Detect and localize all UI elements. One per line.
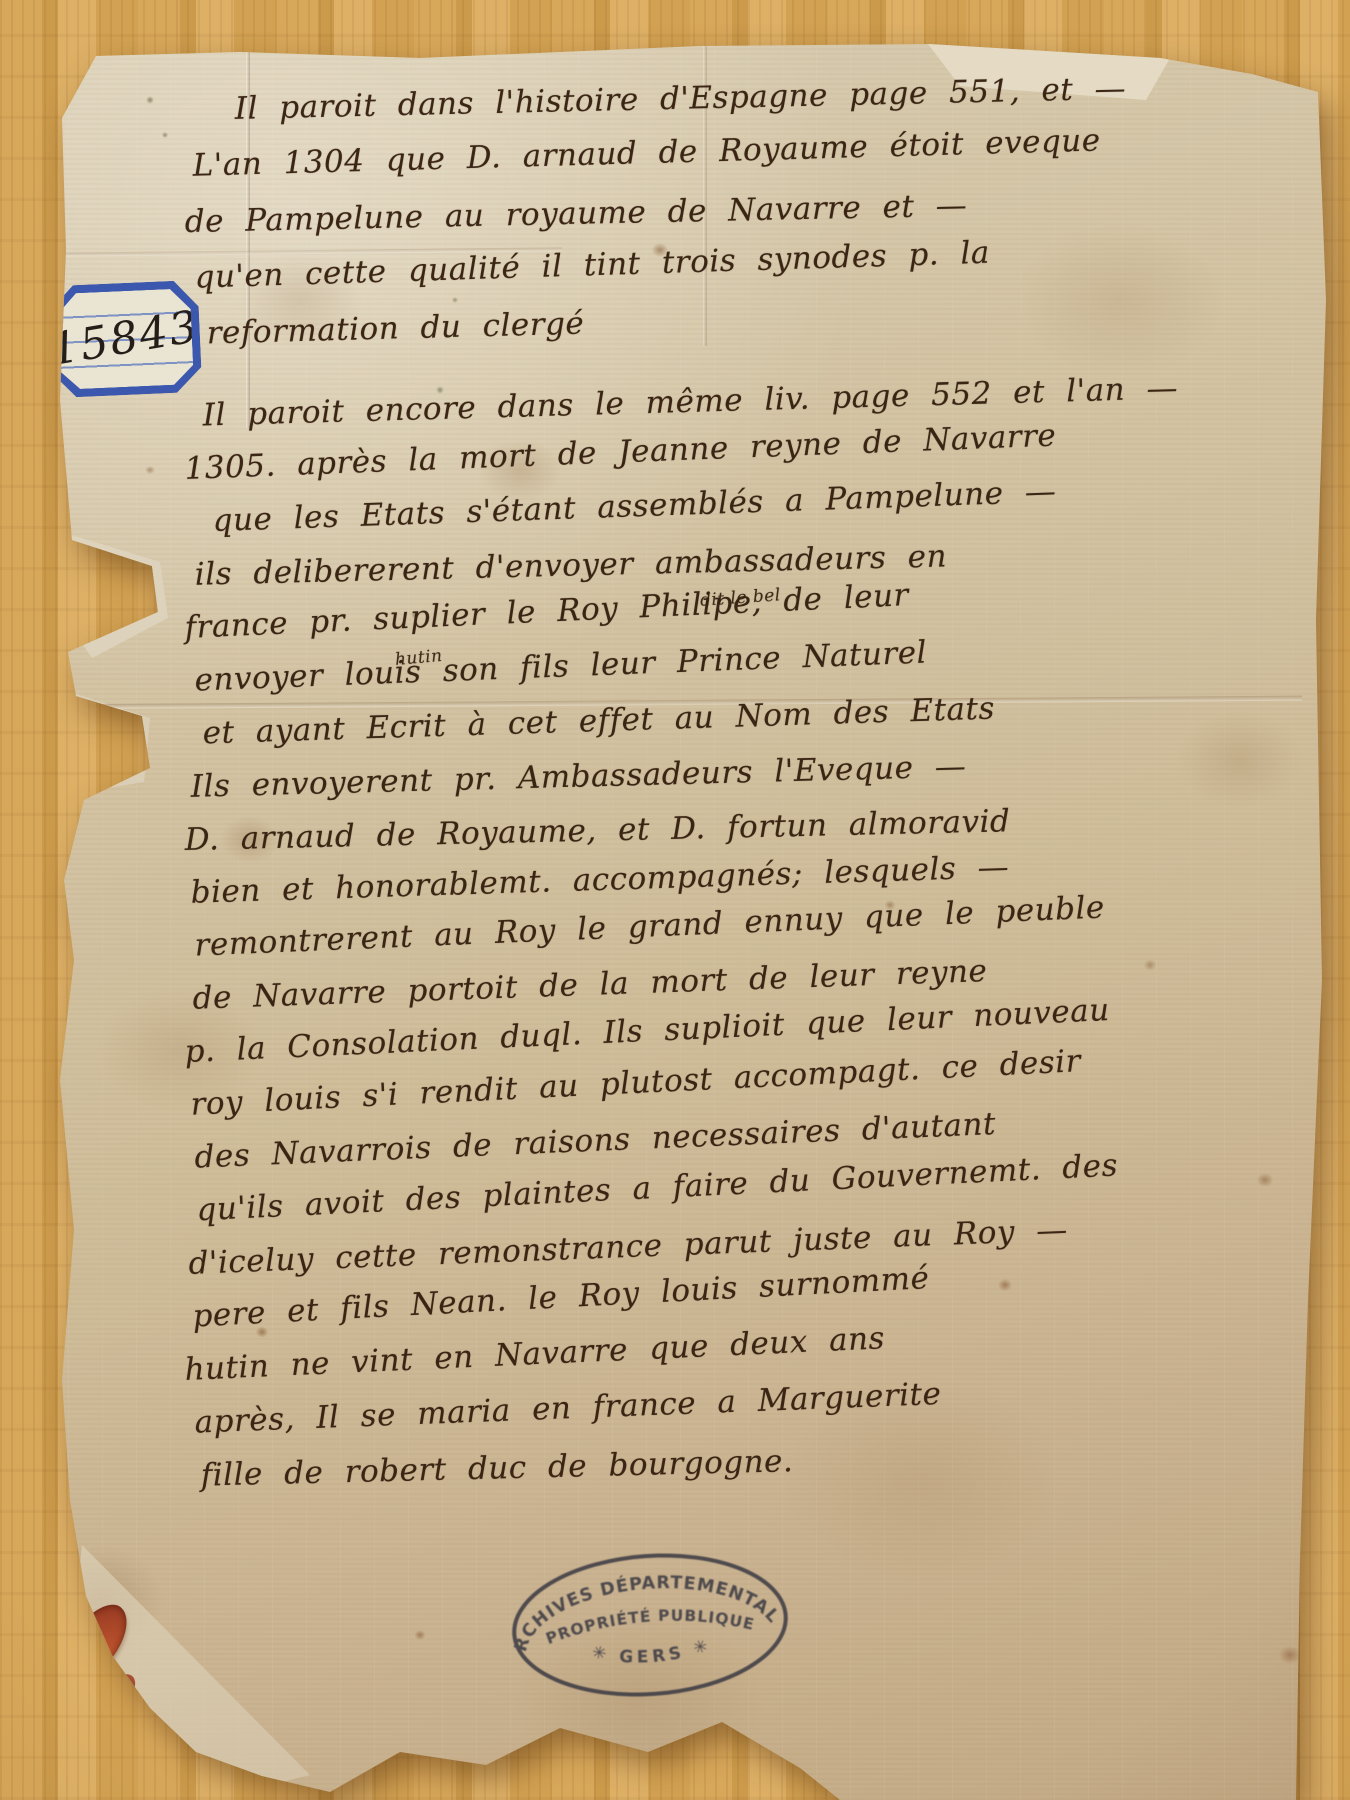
paper-edge-shading [0,0,1350,1800]
photo-canvas: 15843 Il paroit dans l'histoire d'Espagn… [0,0,1350,1800]
manuscript-page: 15843 Il paroit dans l'histoire d'Espagn… [0,0,1350,1800]
manuscript-page-wrapper: 15843 Il paroit dans l'histoire d'Espagn… [0,0,1350,1800]
